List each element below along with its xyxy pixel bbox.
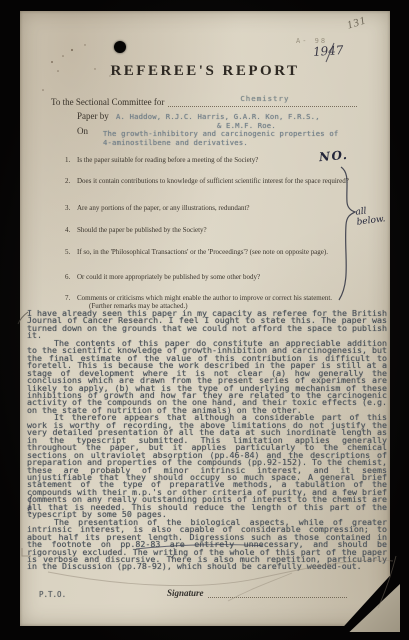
question-3: 3. Are any portions of the paper, or any… — [77, 204, 351, 212]
committee-label: To the Sectional Committee for — [51, 97, 164, 107]
question-2-text: Does it contain contributions to knowled… — [77, 177, 349, 185]
question-6: 6. Or could it more appropriately be pub… — [77, 273, 351, 281]
margin-note-line2: below. — [356, 214, 386, 227]
question-1-text: Is the paper suitable for reading before… — [77, 156, 258, 164]
committee-row: To the Sectional Committee for Chemistry — [51, 96, 357, 107]
handwritten-year: 1947 — [313, 43, 344, 59]
question-4-number: 4. — [65, 226, 70, 234]
committee-value: Chemistry — [240, 94, 289, 103]
report-title: REFEREE'S REPORT — [20, 63, 390, 80]
question-4-text: Should the paper be published by the Soc… — [77, 226, 207, 234]
authors-line1: A. Haddow, R.J.C. Harris, G.A.R. Kon, F.… — [116, 112, 320, 121]
comments-paragraph-3: It therefore appears that although a con… — [27, 414, 387, 518]
question-7-text: Comments or criticisms which might enabl… — [77, 294, 332, 302]
committee-fill-line: Chemistry — [168, 96, 357, 107]
question-4: 4. Should the paper be published by the … — [77, 226, 351, 234]
signature-line — [208, 587, 347, 598]
question-1: 1. Is the paper suitable for reading bef… — [77, 156, 351, 164]
question-7-number: 7. — [65, 294, 70, 302]
punch-hole — [114, 41, 126, 53]
question-2: 2. Does it contain contributions to know… — [77, 177, 351, 185]
paper-title-line2: 4-aminostilbene and derivatives. — [103, 138, 248, 147]
question-6-text: Or could it more appropriately be publis… — [77, 273, 260, 281]
handwritten-page-number: 131 — [346, 14, 368, 31]
comments-paragraph-2: The contents of this paper do constitute… — [27, 340, 387, 415]
question-5: 5. If so, in the 'Philosophical Transact… — [77, 248, 351, 256]
handwritten-answer-no: NO. — [318, 148, 349, 165]
question-3-text: Are any portions of the paper, or any il… — [77, 204, 250, 212]
signature-label: Signature — [167, 588, 204, 598]
report-page: A- 98 1947 131 REFEREE'S REPORT To the S… — [20, 11, 390, 626]
handwritten-margin-note: all below. — [355, 204, 386, 227]
signature-row: Signature — [167, 587, 347, 598]
question-6-number: 6. — [65, 273, 70, 281]
comments-paragraph-4: The presentation of the biological aspec… — [27, 519, 387, 571]
pto-note: P.T.O. — [39, 590, 66, 599]
question-5-number: 5. — [65, 248, 70, 256]
question-5-text: If so, in the 'Philosophical Transaction… — [77, 248, 328, 256]
question-1-number: 1. — [65, 156, 70, 164]
document-scan: A- 98 1947 131 REFEREE'S REPORT To the S… — [0, 0, 409, 640]
question-3-number: 3. — [65, 204, 70, 212]
paper-by-label: Paper by — [77, 111, 109, 121]
on-label: On — [77, 126, 88, 136]
question-2-number: 2. — [65, 177, 70, 185]
paper-title-line1: The growth-inhibitory and carcinogenic p… — [103, 129, 338, 138]
referee-comments: I have already seen this paper in my cap… — [27, 310, 387, 571]
comments-paragraph-1: I have already seen this paper in my cap… — [27, 310, 387, 340]
